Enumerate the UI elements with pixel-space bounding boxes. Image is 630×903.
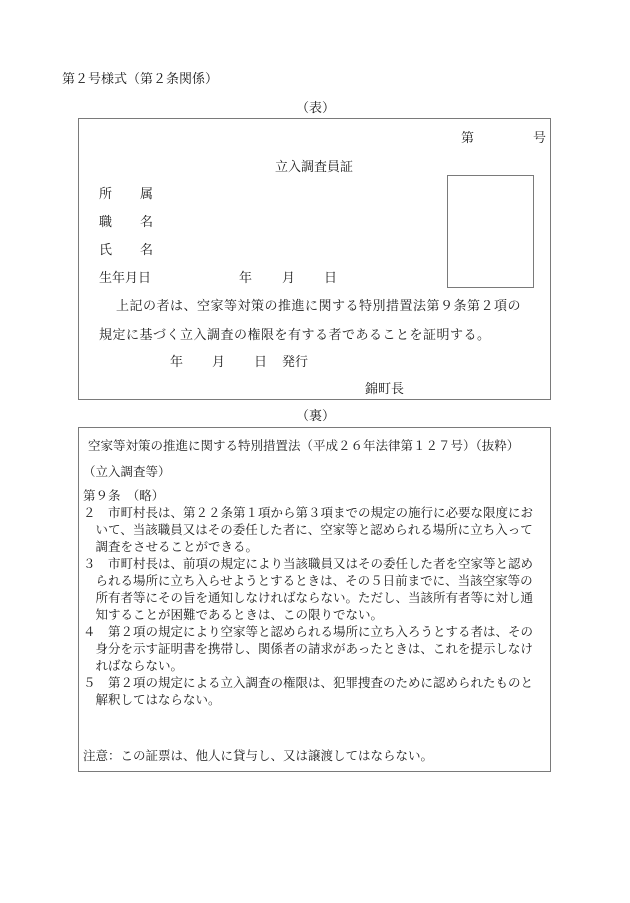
issue-day: 日: [254, 351, 267, 370]
issue-label: 発行: [282, 351, 308, 370]
field-position-label-b: 名: [140, 211, 153, 230]
law-line: いて、当該職員又はその委任した者に、空家等と認められる場所に立ち入って: [83, 520, 533, 538]
law-line: 解釈してはならない。: [83, 690, 221, 708]
front-side-label: （表）: [296, 97, 335, 116]
law-line: ２ 市町村長は、第２２条第１項から第３項までの規定の施行に必要な限度にお: [83, 503, 533, 521]
birthdate-day: 日: [324, 267, 337, 286]
photo-box: [447, 175, 534, 288]
law-line: 調査をさせることができる。: [83, 537, 258, 555]
back-card: 空家等対策の推進に関する特別措置法（平成２６年法律第１２７号）（抜粋） （立入調…: [78, 427, 551, 772]
field-affiliation-label-a: 所: [99, 183, 112, 202]
statement-line-2: 規定に基づく立入調査の権限を有する者であることを証明する。: [99, 324, 491, 343]
birthdate-year: 年: [239, 267, 252, 286]
issuer: 錦町長: [365, 378, 404, 397]
issue-month: 月: [212, 351, 225, 370]
field-affiliation-label-b: 属: [140, 183, 153, 202]
issue-year: 年: [170, 351, 183, 370]
number-suffix: 号: [533, 127, 546, 146]
field-position-label-a: 職: [99, 211, 112, 230]
law-line: ３ 市町村長は、前項の規定により当該職員又はその委任した者を空家等と認め: [83, 554, 533, 572]
birthdate-label: 生年月日: [99, 267, 151, 286]
law-line: られる場所に立ち入らせようとするときは、その５日前までに、当該空家等の: [83, 571, 533, 589]
law-line: 知することが困難であるときは、この限りでない。: [83, 605, 383, 623]
law-line: ４ 第２項の規定により空家等と認められる場所に立ち入ろうとする者は、その: [83, 622, 533, 640]
back-side-label: （裏）: [296, 405, 335, 424]
field-name-label-b: 名: [140, 239, 153, 258]
article-heading: 第９条 （略）: [83, 486, 164, 504]
law-title: 空家等対策の推進に関する特別措置法（平成２６年法律第１２７号）（抜粋）: [88, 436, 519, 454]
form-title: 第２号様式（第２条関係）: [62, 68, 218, 87]
statement-line-1: 上記の者は、空家等対策の推進に関する特別措置法第９条第２項の: [116, 295, 521, 314]
law-line: ５ 第２項の規定による立入調査の権限は、犯罪捜査のために認められたものと: [83, 673, 533, 691]
card-title: 立入調査員証: [275, 156, 353, 175]
law-line: ればならない。: [83, 656, 183, 674]
notice: 注意：この証票は、他人に貸与し、又は譲渡してはならない。: [83, 746, 433, 764]
law-line: 身分を示す証明書を携帯し、関係者の請求があったときは、これを提示しなけ: [83, 639, 533, 657]
field-name-label-a: 氏: [99, 239, 112, 258]
front-card: 第 号 立入調査員証 所 属 職 名 氏 名 生年月日 年 月 日 上記の者は、…: [78, 118, 551, 400]
number-prefix: 第: [461, 127, 474, 146]
birthdate-month: 月: [282, 267, 295, 286]
section-heading: （立入調査等）: [83, 462, 171, 480]
law-line: 所有者等にその旨を通知しなければならない。ただし、当該所有者等に対し通: [83, 588, 533, 606]
